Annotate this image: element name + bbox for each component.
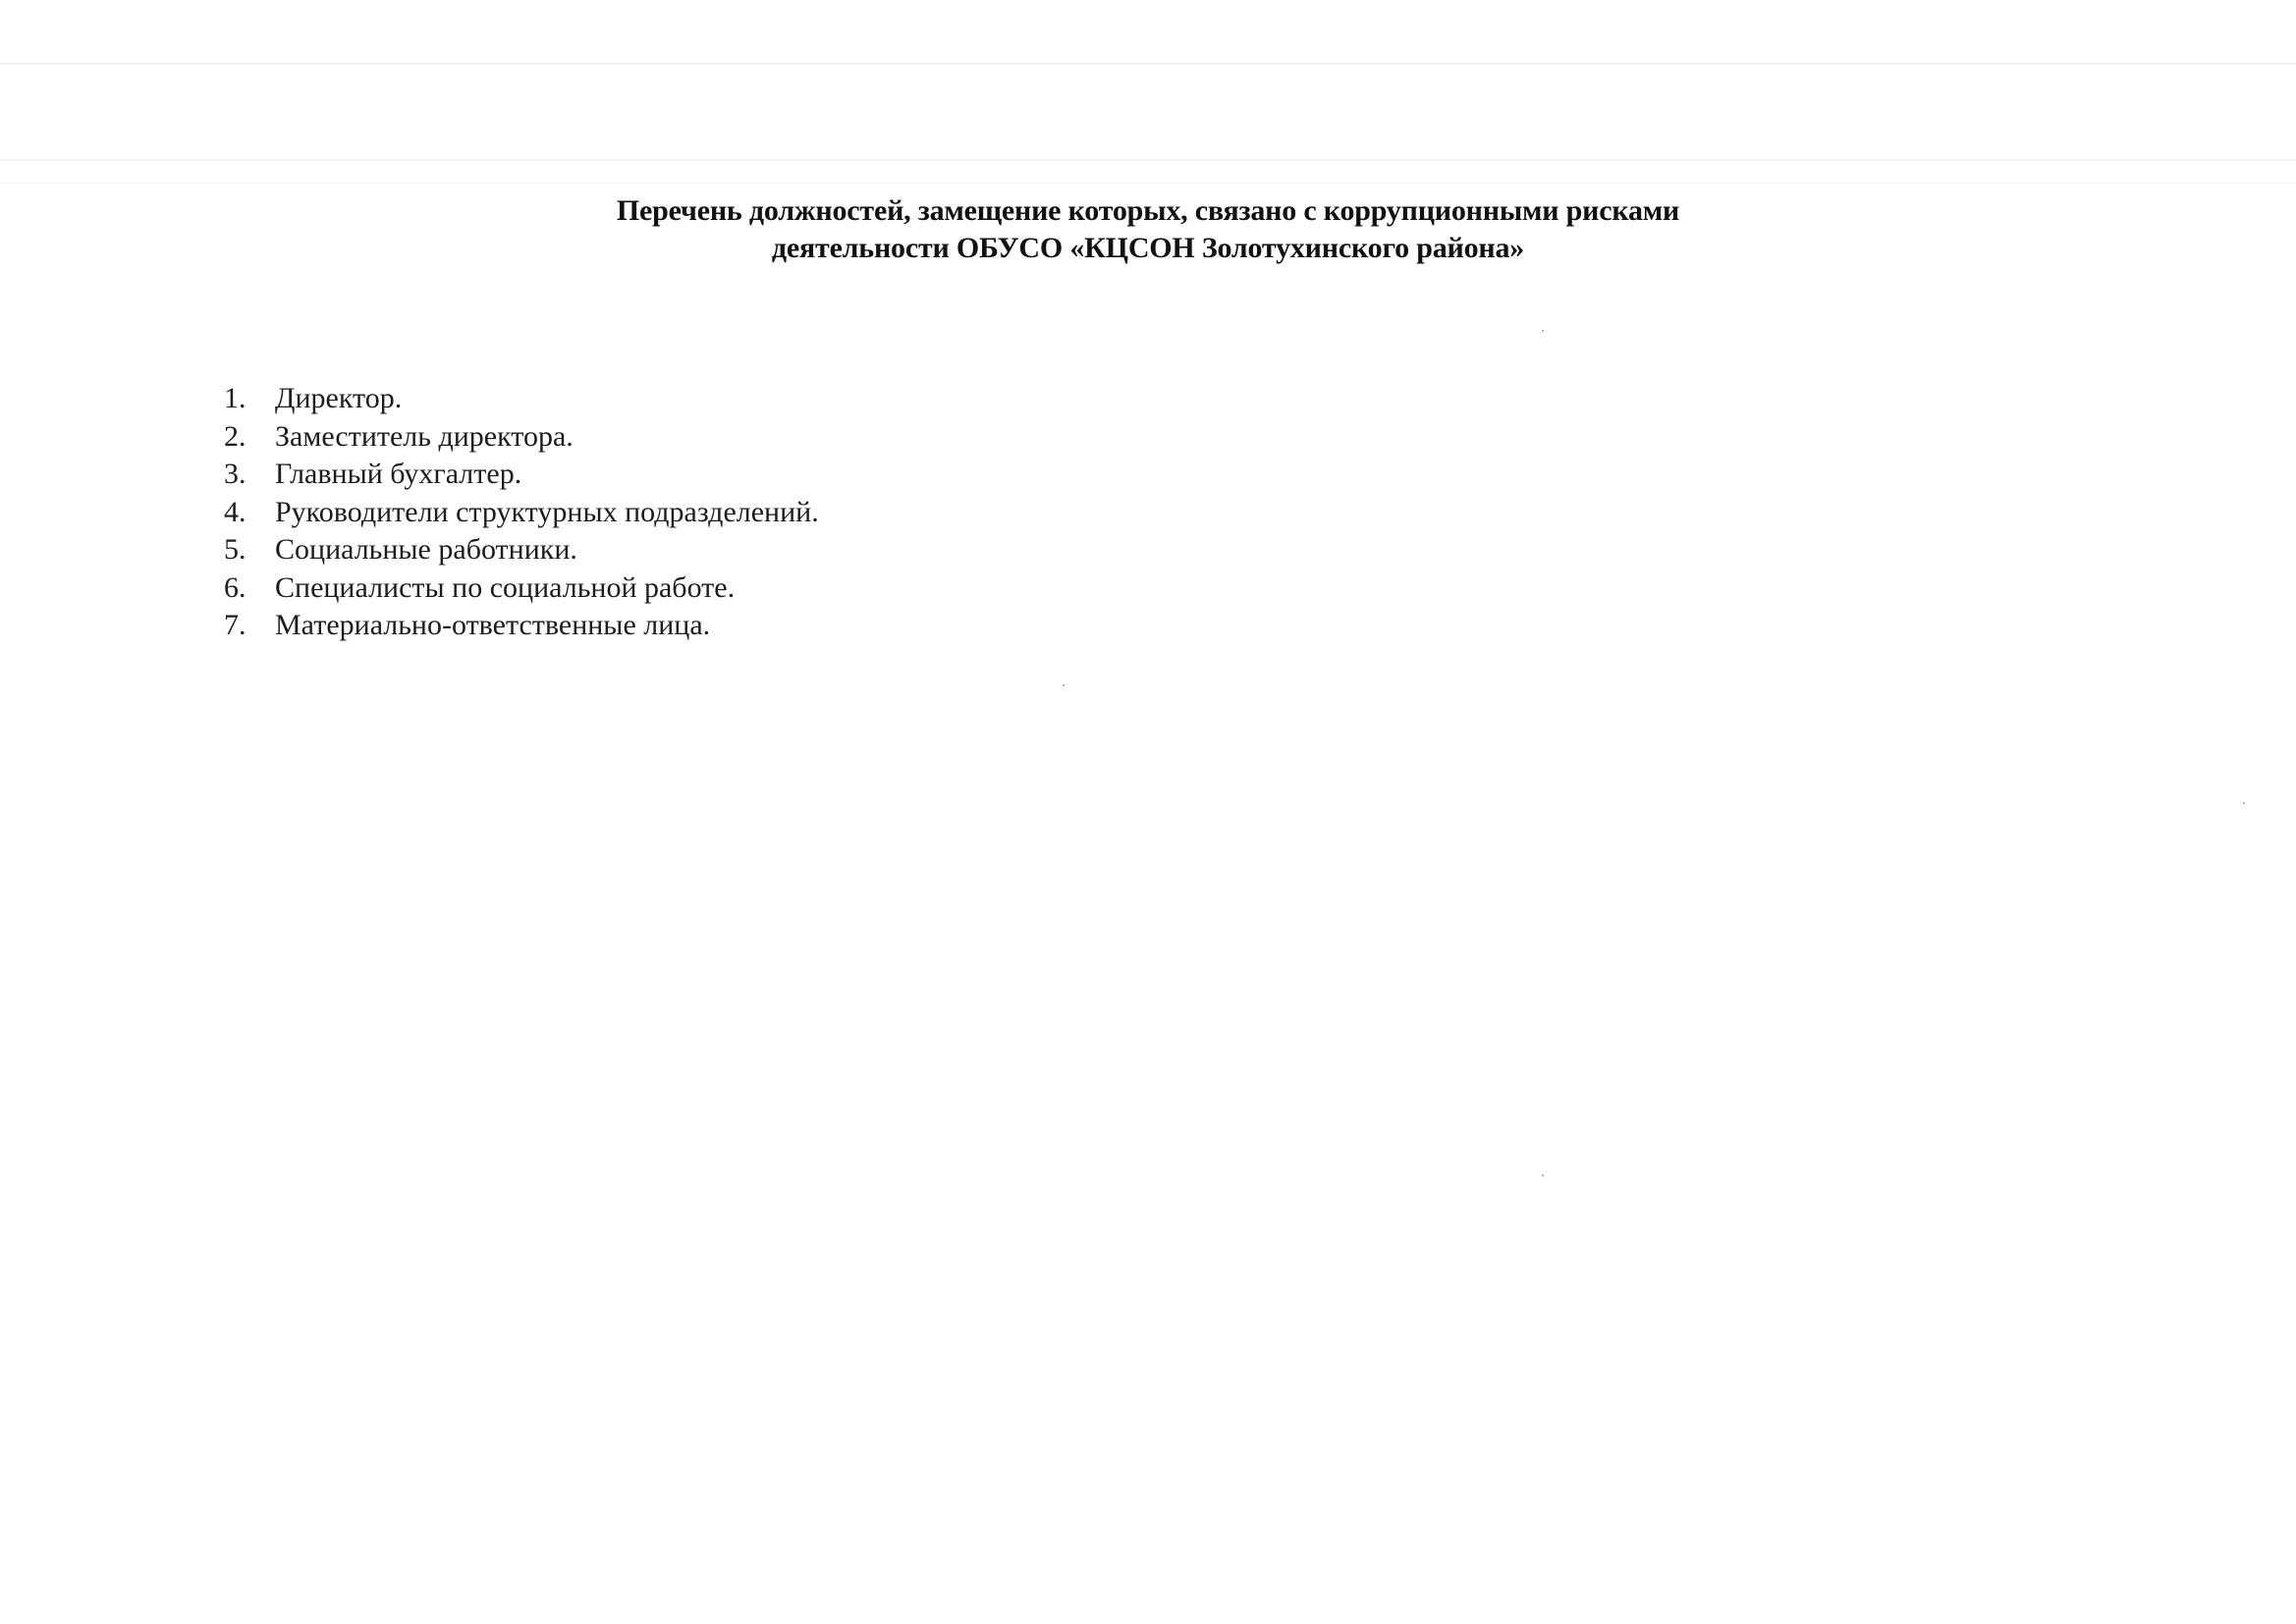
list-item: 2. Заместитель директора. xyxy=(224,418,819,457)
page-title: Перечень должностей, замещение которых, … xyxy=(0,192,2296,267)
title-line-2: деятельности ОБУСО «КЦСОН Золотухинского… xyxy=(0,230,2296,267)
item-number: 2. xyxy=(224,418,275,457)
item-number: 6. xyxy=(224,569,275,608)
item-label: Специалисты по социальной работе. xyxy=(275,569,735,608)
list-item: 1. Директор. xyxy=(224,380,819,418)
item-number: 4. xyxy=(224,494,275,532)
scan-speck xyxy=(1542,330,1544,332)
list-item: 4. Руководители структурных подразделени… xyxy=(224,494,819,532)
item-number: 3. xyxy=(224,456,275,494)
item-label: Директор. xyxy=(275,380,402,418)
list-item: 7. Материально-ответственные лица. xyxy=(224,607,819,645)
item-label: Материально-ответственные лица. xyxy=(275,607,710,645)
scan-speck xyxy=(2243,802,2245,804)
title-line-1: Перечень должностей, замещение которых, … xyxy=(0,192,2296,230)
item-label: Главный бухгалтер. xyxy=(275,456,521,494)
item-number: 7. xyxy=(224,607,275,645)
item-label: Социальные работники. xyxy=(275,531,577,569)
scan-artifact-line xyxy=(0,183,2296,184)
item-label: Заместитель директора. xyxy=(275,418,574,457)
item-label: Руководители структурных подразделений. xyxy=(275,494,819,532)
scan-speck xyxy=(1542,1174,1544,1176)
list-item: 3. Главный бухгалтер. xyxy=(224,456,819,494)
scan-speck xyxy=(1063,684,1065,686)
list-item: 5. Социальные работники. xyxy=(224,531,819,569)
item-number: 5. xyxy=(224,531,275,569)
positions-list: 1. Директор. 2. Заместитель директора. 3… xyxy=(224,380,819,645)
scan-artifact-line xyxy=(0,63,2296,65)
item-number: 1. xyxy=(224,380,275,418)
scan-artifact-line xyxy=(0,159,2296,161)
list-item: 6. Специалисты по социальной работе. xyxy=(224,569,819,608)
